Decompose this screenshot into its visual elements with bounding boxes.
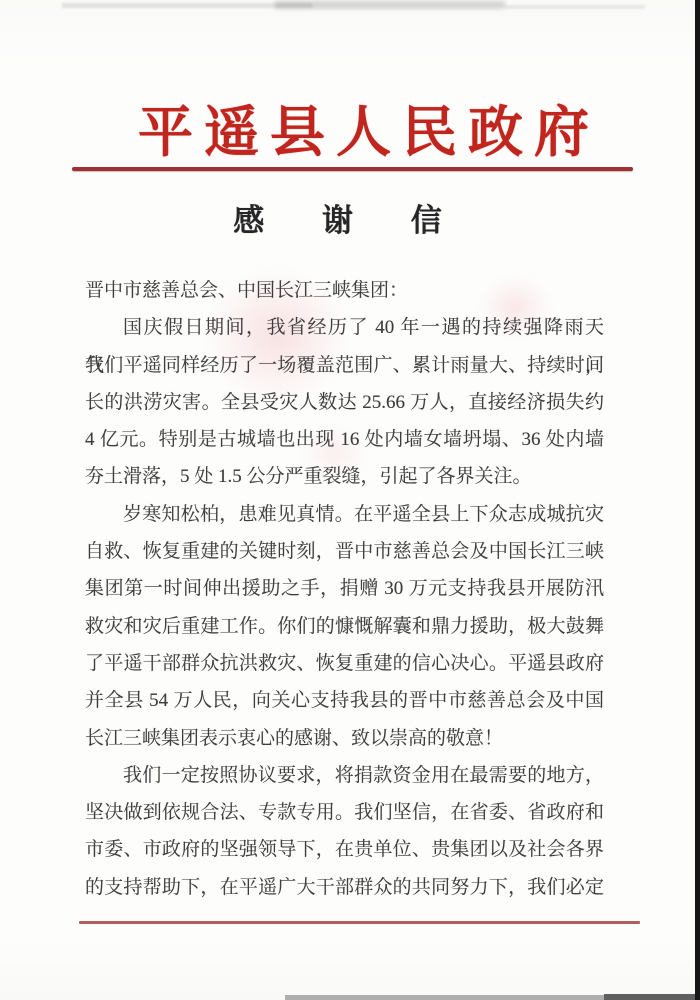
body-line: 市委、市政府的坚强领导下，在贵单位、贵集团以及社会各界 (85, 831, 604, 868)
letter-body: 晋中市慈善总会、中国长江三峡集团： 国庆假日期间，我省经历了 40 年一遇的持续… (85, 272, 604, 906)
scan-smudge-top-left (62, 3, 312, 8)
salutation-line: 晋中市慈善总会、中国长江三峡集团： (85, 272, 604, 309)
scan-smudge-top-right (505, 5, 645, 9)
government-letterhead-title: 平遥县人民政府 (0, 88, 700, 167)
body-line: 国庆假日期间，我省经历了 40 年一遇的持续强降雨天气， (85, 309, 604, 346)
footer-rule (79, 921, 640, 924)
body-line: 救灾和灾后重建工作。你们的慷慨解囊和鼎力援助，极大鼓舞 (85, 608, 604, 645)
letter-subtitle: 感 谢 信 (0, 195, 700, 240)
body-line: 了平遥干部群众抗洪救灾、恢复重建的信心决心。平遥县政府 (85, 645, 604, 682)
body-line: 自救、恢复重建的关键时刻，晋中市慈善总会及中国长江三峡 (85, 533, 604, 570)
scan-smudge-top-center (275, 1, 505, 9)
body-line: 集团第一时间伸出援助之手，捐赠 30 万元支持我县开展防汛 (85, 570, 604, 607)
body-line: 我们一定按照协议要求，将捐款资金用在最需要的地方， (85, 757, 604, 794)
body-line: 夯土滑落，5 处 1.5 公分严重裂缝，引起了各界关注。 (85, 458, 604, 495)
body-line: 4 亿元。特别是古城墙也出现 16 处内墙女墙坍塌、36 处内墙 (85, 421, 604, 458)
body-line: 长江三峡集团表示衷心的感谢、致以崇高的敬意！ (85, 720, 604, 757)
letterhead-rule (72, 167, 633, 171)
scan-edge-bottom-dark (604, 994, 700, 1000)
scan-edge-bottom-gray (285, 995, 610, 1000)
body-line: 岁寒知松柏，患难见真情。在平遥全县上下众志成城抗灾 (85, 496, 604, 533)
body-line: 并全县 54 万人民，向关心支持我县的晋中市慈善总会及中国 (85, 682, 604, 719)
body-line: 长的洪涝灾害。全县受灾人数达 25.66 万人，直接经济损失约 (85, 384, 604, 421)
body-line: 我们平遥同样经历了一场覆盖范围广、累计雨量大、持续时间 (85, 347, 604, 384)
body-line: 坚决做到依规合法、专款专用。我们坚信，在省委、省政府和 (85, 794, 604, 831)
thank-you-letter-page: 平遥县人民政府 感 谢 信 晋中市慈善总会、中国长江三峡集团： 国庆假日期间，我… (0, 0, 700, 1000)
body-line: 的支持帮助下，在平遥广大干部群众的共同努力下，我们必定 (85, 869, 604, 906)
